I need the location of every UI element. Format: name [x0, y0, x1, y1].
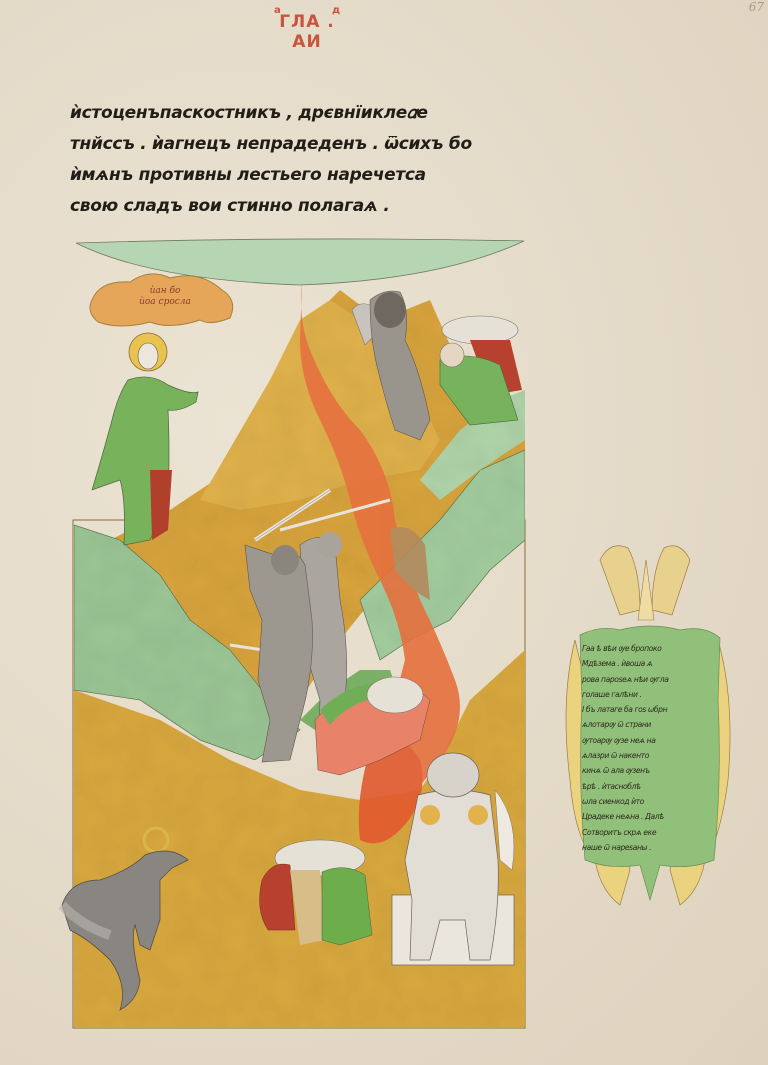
side-note-line: Сотворитъ скрѧ еке: [582, 825, 722, 840]
side-note-line: Црадеке неѧна . Далѣ: [582, 809, 722, 824]
side-note-line: наше ѿ нареѕаны .: [582, 840, 722, 855]
caption-line: ѝоа сросла: [120, 297, 210, 308]
side-note-line: ѡла сиенкод ѝто: [582, 794, 722, 809]
side-note-line: ѹтоарѹ ѹзе неѧ на: [582, 733, 722, 748]
manuscript-page: 67 а д ГЛА . АИ ѝстоценъпаскостникъ , др…: [0, 0, 768, 1065]
side-note-line: ѣрѣ . ѝтасноблѣ: [582, 779, 722, 794]
side-note-line: І бъ латаге ба гоѕ ѡбрн: [582, 702, 722, 717]
side-note-line: Мдѣзема . ѝвоша ѧ: [582, 656, 722, 671]
side-note-line: рова пароѕеѧ нѣи ѹгла: [582, 672, 722, 687]
side-note-line: Гаа ѣ вѣи ѹе бропоко: [582, 641, 722, 656]
group-of-elders-lower: [260, 840, 372, 945]
caption-cartouche: ѝан бо ѝоа сросла: [120, 286, 210, 308]
caption-line: ѝан бо: [120, 286, 210, 297]
side-note-text: Гаа ѣ вѣи ѹе бропоко Мдѣзема . ѝвоша ѧ р…: [582, 641, 722, 855]
side-note-line: ѧлазри ѿ накенто: [582, 748, 722, 763]
side-note-line: голаше галѣни .: [582, 687, 722, 702]
side-note-line: кинѧ ѿ ала ѹзенъ: [582, 763, 722, 778]
side-note-line: ѧлотарѹ ѿ страни: [582, 717, 722, 732]
miniature-illustration: [0, 0, 768, 1065]
